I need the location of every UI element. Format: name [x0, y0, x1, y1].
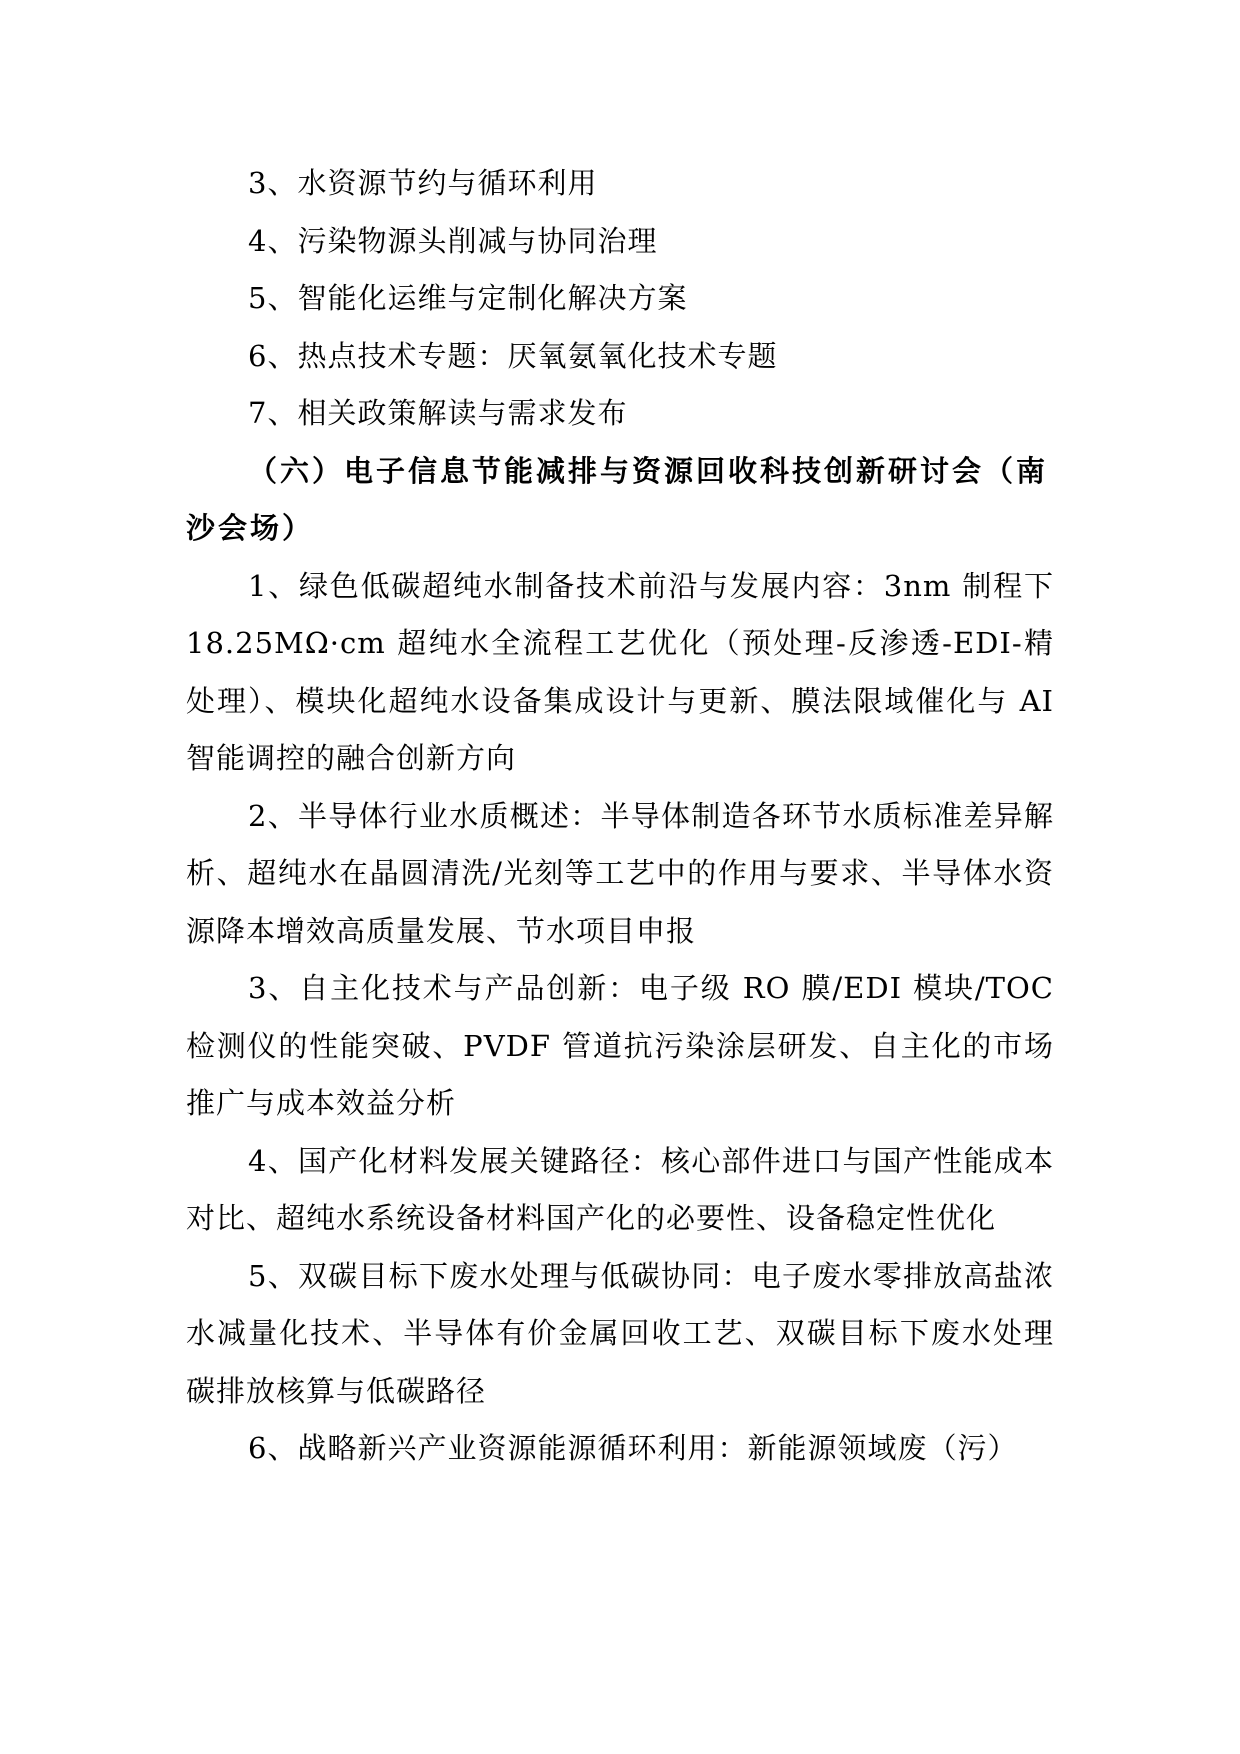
section-heading: （六）电子信息节能减排与资源回收科技创新研讨会（南沙会场）	[186, 443, 1054, 558]
paragraph: 1、绿色低碳超纯水制备技术前沿与发展内容：3nm 制程下 18.25MΩ·cm …	[186, 558, 1054, 788]
paragraph: 2、半导体行业水质概述：半导体制造各环节水质标准差异解析、超纯水在晶圆清洗/光刻…	[186, 788, 1054, 961]
paragraph: 4、国产化材料发展关键路径：核心部件进口与国产性能成本对比、超纯水系统设备材料国…	[186, 1133, 1054, 1248]
paragraph: 6、战略新兴产业资源能源循环利用：新能源领域废（污）	[186, 1420, 1054, 1478]
list-item: 3、水资源节约与循环利用	[186, 155, 1054, 213]
list-item: 7、相关政策解读与需求发布	[186, 385, 1054, 443]
paragraph: 5、双碳目标下废水处理与低碳协同：电子废水零排放高盐浓水减量化技术、半导体有价金…	[186, 1248, 1054, 1421]
list-item: 6、热点技术专题：厌氧氨氧化技术专题	[186, 328, 1054, 386]
document-page: 3、水资源节约与循环利用 4、污染物源头削减与协同治理 5、智能化运维与定制化解…	[186, 155, 1054, 1478]
list-item: 5、智能化运维与定制化解决方案	[186, 270, 1054, 328]
list-item: 4、污染物源头削减与协同治理	[186, 213, 1054, 271]
paragraph: 3、自主化技术与产品创新：电子级 RO 膜/EDI 模块/TOC 检测仪的性能突…	[186, 960, 1054, 1133]
